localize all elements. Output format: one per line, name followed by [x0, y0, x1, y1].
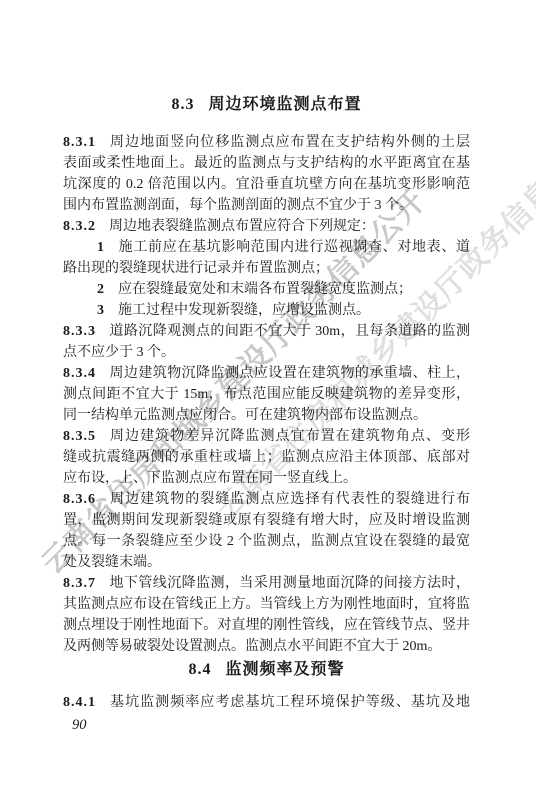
line-text: 周边建筑物的裂缝监测点应选择有代表性的裂缝进行布: [109, 492, 470, 507]
line-text: 测点埋设于刚性地面下。对直埋的刚性管线，应在管线节点、竖井: [63, 618, 470, 633]
text-line: 处及裂缝末端。: [63, 552, 470, 573]
line-text: 测点间距不宜大于 15m，布点范围应能反映建筑物的差异变形，: [63, 387, 470, 402]
line-text: 点。每一条裂缝应至少设 2 个监测点，监测点宜设在裂缝的最宽: [63, 534, 470, 549]
line-text: 路出现的裂缝现状进行记录并布置监测点；: [63, 261, 329, 276]
section-number: 8.3: [171, 96, 194, 113]
text-line: 8.3.1周边地面竖向位移监测点应布置在支护结构外侧的土层: [63, 132, 470, 153]
section-title: 监测频率及预警: [225, 661, 344, 678]
content-area: 8.3周边环境监测点布置8.3.1周边地面竖向位移监测点应布置在支护结构外侧的土…: [63, 94, 470, 736]
line-text: 表面或柔性地面上。最近的监测点与支护结构的水平距离宜在基: [63, 156, 470, 171]
line-text: 周边建筑物差异沉降监测点宜布置在建筑物角点、变形: [109, 429, 470, 444]
text-line: 置，监测期间发现新裂缝或原有裂缝有增大时，应及时增设监测: [63, 510, 470, 531]
line-text: 处及裂缝末端。: [63, 555, 161, 570]
section-title: 周边环境监测点布置: [208, 96, 361, 113]
line-text: 坑深度的 0.2 倍范围以内。宜沿垂直坑壁方向在基坑变形影响范: [63, 177, 470, 192]
text-line: 同一结构单元监测点应闭合。可在建筑物内部布设监测点。: [63, 405, 470, 426]
section-heading: 8.3周边环境监测点布置: [63, 94, 470, 115]
line-text: 围内布置监测剖面，每个监测剖面的测点不宜少于 3 个。: [63, 198, 413, 213]
text-line: 3施工过程中发现新裂缝，应增设监测点。: [63, 300, 470, 321]
text-line: 2应在裂缝最宽处和末端各布置裂缝宽度监测点；: [63, 279, 470, 300]
section-heading: 8.4监测频率及预警: [63, 659, 470, 680]
text-line: 8.3.5周边建筑物差异沉降监测点宜布置在建筑物角点、变形: [63, 426, 470, 447]
clause-number: 1: [97, 240, 105, 255]
line-text: 施工过程中发现新裂缝，应增设监测点。: [118, 303, 370, 318]
clause-number: 8.3.4: [63, 366, 96, 381]
text-line: 路出现的裂缝现状进行记录并布置监测点；: [63, 258, 470, 279]
clause-number: 8.3.5: [63, 429, 96, 444]
line-text: 地下管线沉降监测，当采用测量地面沉降的间接方法时，: [109, 576, 470, 591]
line-text: 缝或抗震缝两侧的承重柱或墙上；监测点应沿主体顶部、底部对: [63, 450, 470, 465]
text-line: 8.3.7地下管线沉降监测，当采用测量地面沉降的间接方法时，: [63, 573, 470, 594]
line-text: 及两侧等易破裂处设置测点。监测点水平间距不宜大于 20m。: [63, 639, 441, 654]
document-page: 云南省住房和城乡建设厅政务信息公开 云南省住房和城乡建设厅政务信息公开 8.3周…: [0, 0, 536, 793]
line-text: 施工前应在基坑影响范围内进行巡视调查、对地表、道: [118, 240, 470, 255]
text-line: 8.3.3道路沉降观测点的间距不宜大于 30m，且每条道路的监测: [63, 321, 470, 342]
line-text: 道路沉降观测点的间距不宜大于 30m，且每条道路的监测: [109, 324, 470, 339]
clause-number: 8.3.3: [63, 324, 96, 339]
text-line: 围内布置监测剖面，每个监测剖面的测点不宜少于 3 个。: [63, 195, 470, 216]
section-number: 8.4: [188, 661, 211, 678]
clause-number: 8.3.2: [63, 219, 96, 234]
text-line: 8.4.1基坑监测频率应考虑基坑工程环境保护等级、基坑及地: [63, 692, 470, 713]
clause-number: 8.3.7: [63, 576, 96, 591]
text-line: 应布设，上、下监测点应布置在同一竖直线上。: [63, 468, 470, 489]
line-text: 同一结构单元监测点应闭合。可在建筑物内部布设监测点。: [63, 408, 427, 423]
text-line: 1施工前应在基坑影响范围内进行巡视调查、对地表、道: [63, 237, 470, 258]
text-line: 测点埋设于刚性地面下。对直埋的刚性管线，应在管线节点、竖井: [63, 615, 470, 636]
text-line: 点。每一条裂缝应至少设 2 个监测点，监测点宜设在裂缝的最宽: [63, 531, 470, 552]
text-line: 表面或柔性地面上。最近的监测点与支护结构的水平距离宜在基: [63, 153, 470, 174]
line-text: 应在裂缝最宽处和末端各布置裂缝宽度监测点；: [118, 282, 412, 297]
text-line: 测点间距不宜大于 15m，布点范围应能反映建筑物的差异变形，: [63, 384, 470, 405]
clause-number: 3: [97, 303, 105, 318]
clause-number: 8.3.1: [63, 135, 96, 150]
page-number: 90: [63, 715, 470, 736]
text-line: 坑深度的 0.2 倍范围以内。宜沿垂直坑壁方向在基坑变形影响范: [63, 174, 470, 195]
text-line: 8.3.6周边建筑物的裂缝监测点应选择有代表性的裂缝进行布: [63, 489, 470, 510]
line-text: 置，监测期间发现新裂缝或原有裂缝有增大时，应及时增设监测: [63, 513, 470, 528]
line-text: 应布设，上、下监测点应布置在同一竖直线上。: [63, 471, 357, 486]
text-line: 其监测点应布设在管线正上方。当管线上方为刚性地面时，宜将监: [63, 594, 470, 615]
text-line: 8.3.2周边地表裂缝监测点布置应符合下列规定：: [63, 216, 470, 237]
clause-number: 2: [97, 282, 105, 297]
line-text: 周边地表裂缝监测点布置应符合下列规定：: [109, 219, 375, 234]
text-line: 点不应少于 3 个。: [63, 342, 470, 363]
line-text: 其监测点应布设在管线正上方。当管线上方为刚性地面时，宜将监: [63, 597, 470, 612]
clause-number: 8.3.6: [63, 492, 96, 507]
line-text: 周边地面竖向位移监测点应布置在支护结构外侧的土层: [109, 135, 470, 150]
text-line: 缝或抗震缝两侧的承重柱或墙上；监测点应沿主体顶部、底部对: [63, 447, 470, 468]
text-line: 8.3.4周边建筑物沉降监测点应设置在建筑物的承重墙、柱上，: [63, 363, 470, 384]
line-text: 基坑监测频率应考虑基坑工程环境保护等级、基坑及地: [109, 695, 470, 710]
line-text: 点不应少于 3 个。: [63, 345, 175, 360]
text-line: 及两侧等易破裂处设置测点。监测点水平间距不宜大于 20m。: [63, 636, 470, 657]
line-text: 周边建筑物沉降监测点应设置在建筑物的承重墙、柱上，: [109, 366, 470, 381]
clause-number: 8.4.1: [63, 695, 96, 710]
